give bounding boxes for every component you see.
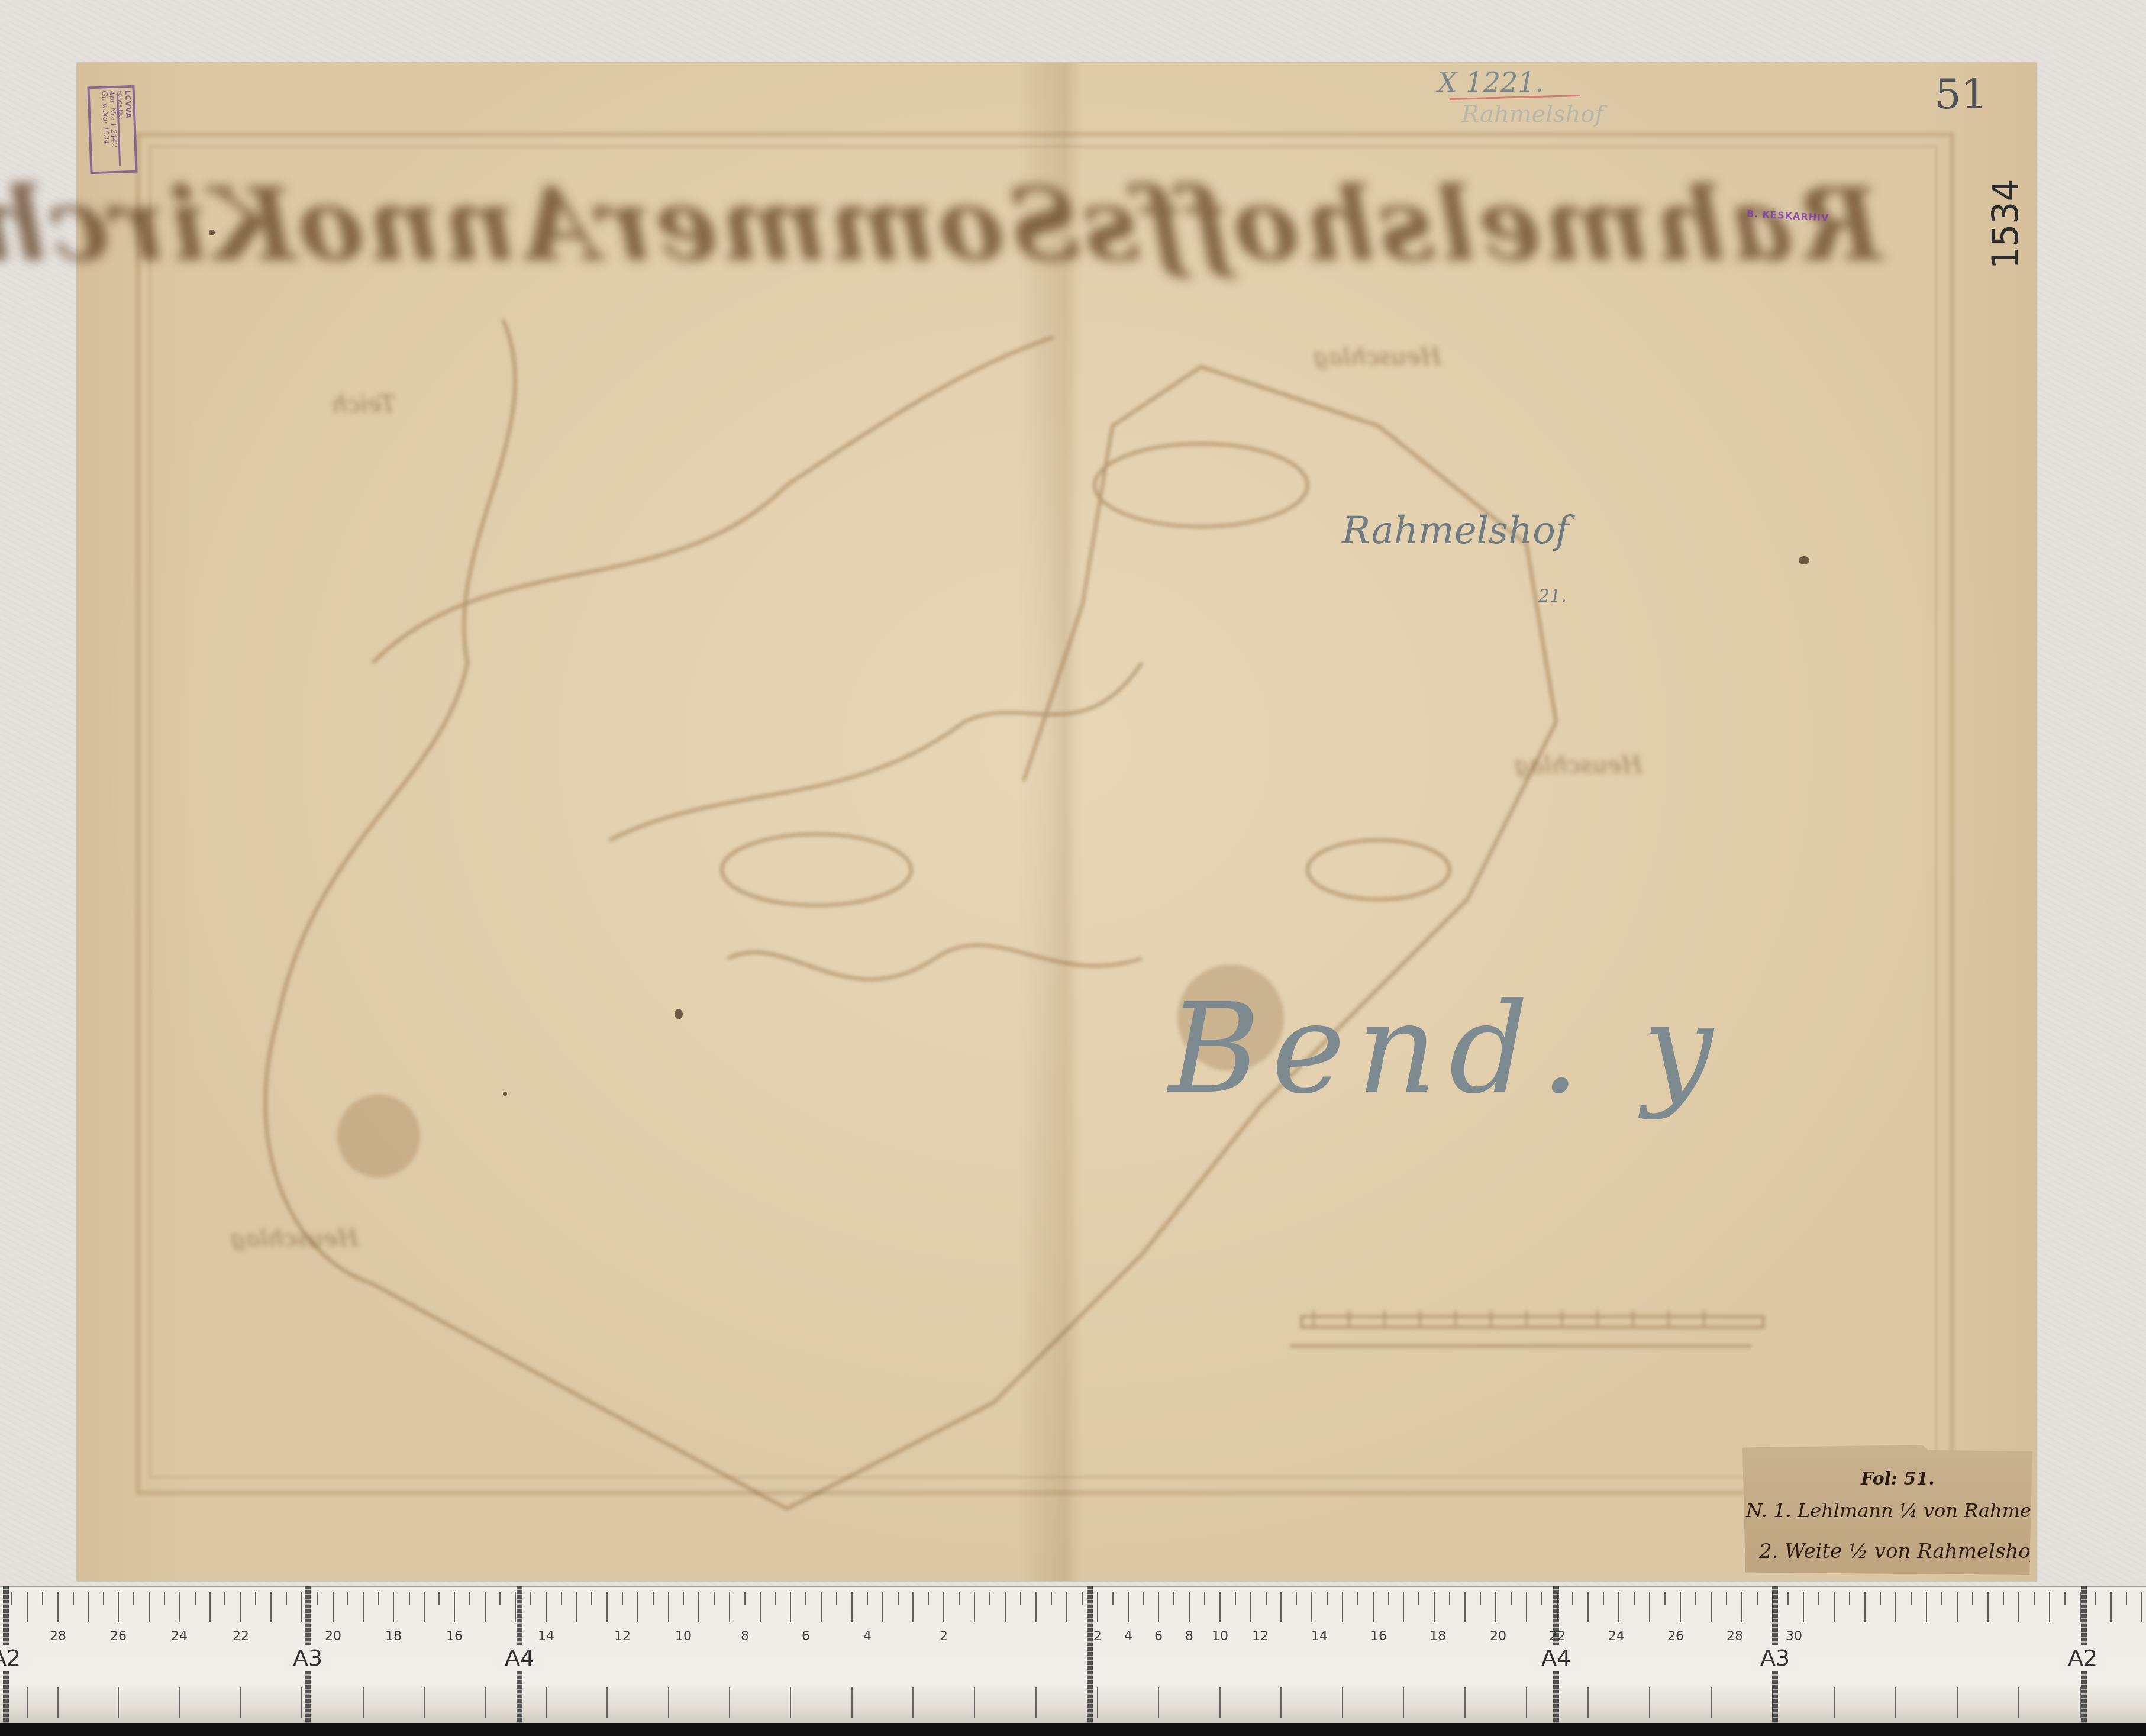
bleed-map-label: Heuschlag [1515,751,1642,779]
ruler-number: 26 [1664,1629,1687,1644]
ruler-number: 2 [932,1629,956,1644]
ruler-number: 28 [1723,1629,1747,1644]
vertical-number-annotation: 1534 [1985,179,2026,269]
folio-number-annotation: 51 [1935,70,1987,118]
ruler-number: 4 [1116,1629,1140,1644]
pasted-paper-label: Fol: 51. N. 1. Lehlmann ¼ von Rahmelsh: … [1742,1445,2032,1575]
ruler-number: 10 [672,1629,695,1644]
ruler-number: 4 [856,1629,879,1644]
dust-speck [675,1009,683,1019]
bleed-map-label: Teich [331,391,395,418]
ruler-number: 26 [107,1629,130,1644]
bleed-map-label: Heuschlag [231,1225,358,1252]
ruler-number: 6 [1147,1629,1170,1644]
catalog-number-annotation: X 1221. [1438,66,1544,98]
ruler-shadow-edge [0,1723,2146,1736]
ruler-number: 12 [611,1629,634,1644]
place-name-annotation: Rahmelshof [1342,509,1569,553]
bleed-map-label: Heuschlag [1314,343,1441,370]
signature-annotation: Bend. y [1169,976,1725,1121]
dust-speck [1799,556,1809,564]
ruler-number: 28 [46,1629,70,1644]
place-number-annotation: 21. [1538,586,1567,606]
ruler-number: 20 [321,1629,345,1644]
crossed-place-name-annotation: Rahmelshof [1461,101,1603,128]
ruler-number: 20 [1486,1629,1510,1644]
format-label: A3 [284,1645,331,1671]
dust-speck [209,230,215,235]
ruler-number: 22 [229,1629,253,1644]
ruler-number: 14 [534,1629,558,1644]
label-second-entry: 2. Weite ½ von Rahmelshof [1759,1540,2038,1563]
format-mark-center [1087,1586,1093,1723]
ruler-number: 30 [1782,1629,1806,1644]
ruler-number: 10 [1208,1629,1232,1644]
ruler-number: 8 [1177,1629,1201,1644]
ruler-number: 12 [1248,1629,1272,1644]
dust-speck [503,1092,507,1096]
format-label: A3 [1751,1645,1799,1671]
ruler-number: 18 [1426,1629,1450,1644]
format-label: A4 [496,1645,543,1671]
ruler-number: 6 [794,1629,818,1644]
ruler-number: 18 [382,1629,405,1644]
ruler-number: 14 [1308,1629,1331,1644]
ruler-number: 24 [167,1629,191,1644]
ruler-number: 16 [1367,1629,1390,1644]
format-label: A2 [2059,1645,2106,1671]
bleed-through-scale-bar [1290,1305,1775,1358]
ruler-number: 8 [733,1629,757,1644]
label-first-entry: N. 1. Lehlmann ¼ von Rahmelsh: [1746,1499,2066,1522]
label-folio-line: Fol: 51. [1861,1469,1935,1489]
format-label: A4 [1532,1645,1580,1671]
archive-stamp: LCVVA Fonds No: Apr. No: 1 2442 Gl. v. N… [87,85,137,175]
ruler-number: 16 [443,1629,466,1644]
format-label: A2 [0,1645,30,1671]
ruler-number: 24 [1605,1629,1628,1644]
